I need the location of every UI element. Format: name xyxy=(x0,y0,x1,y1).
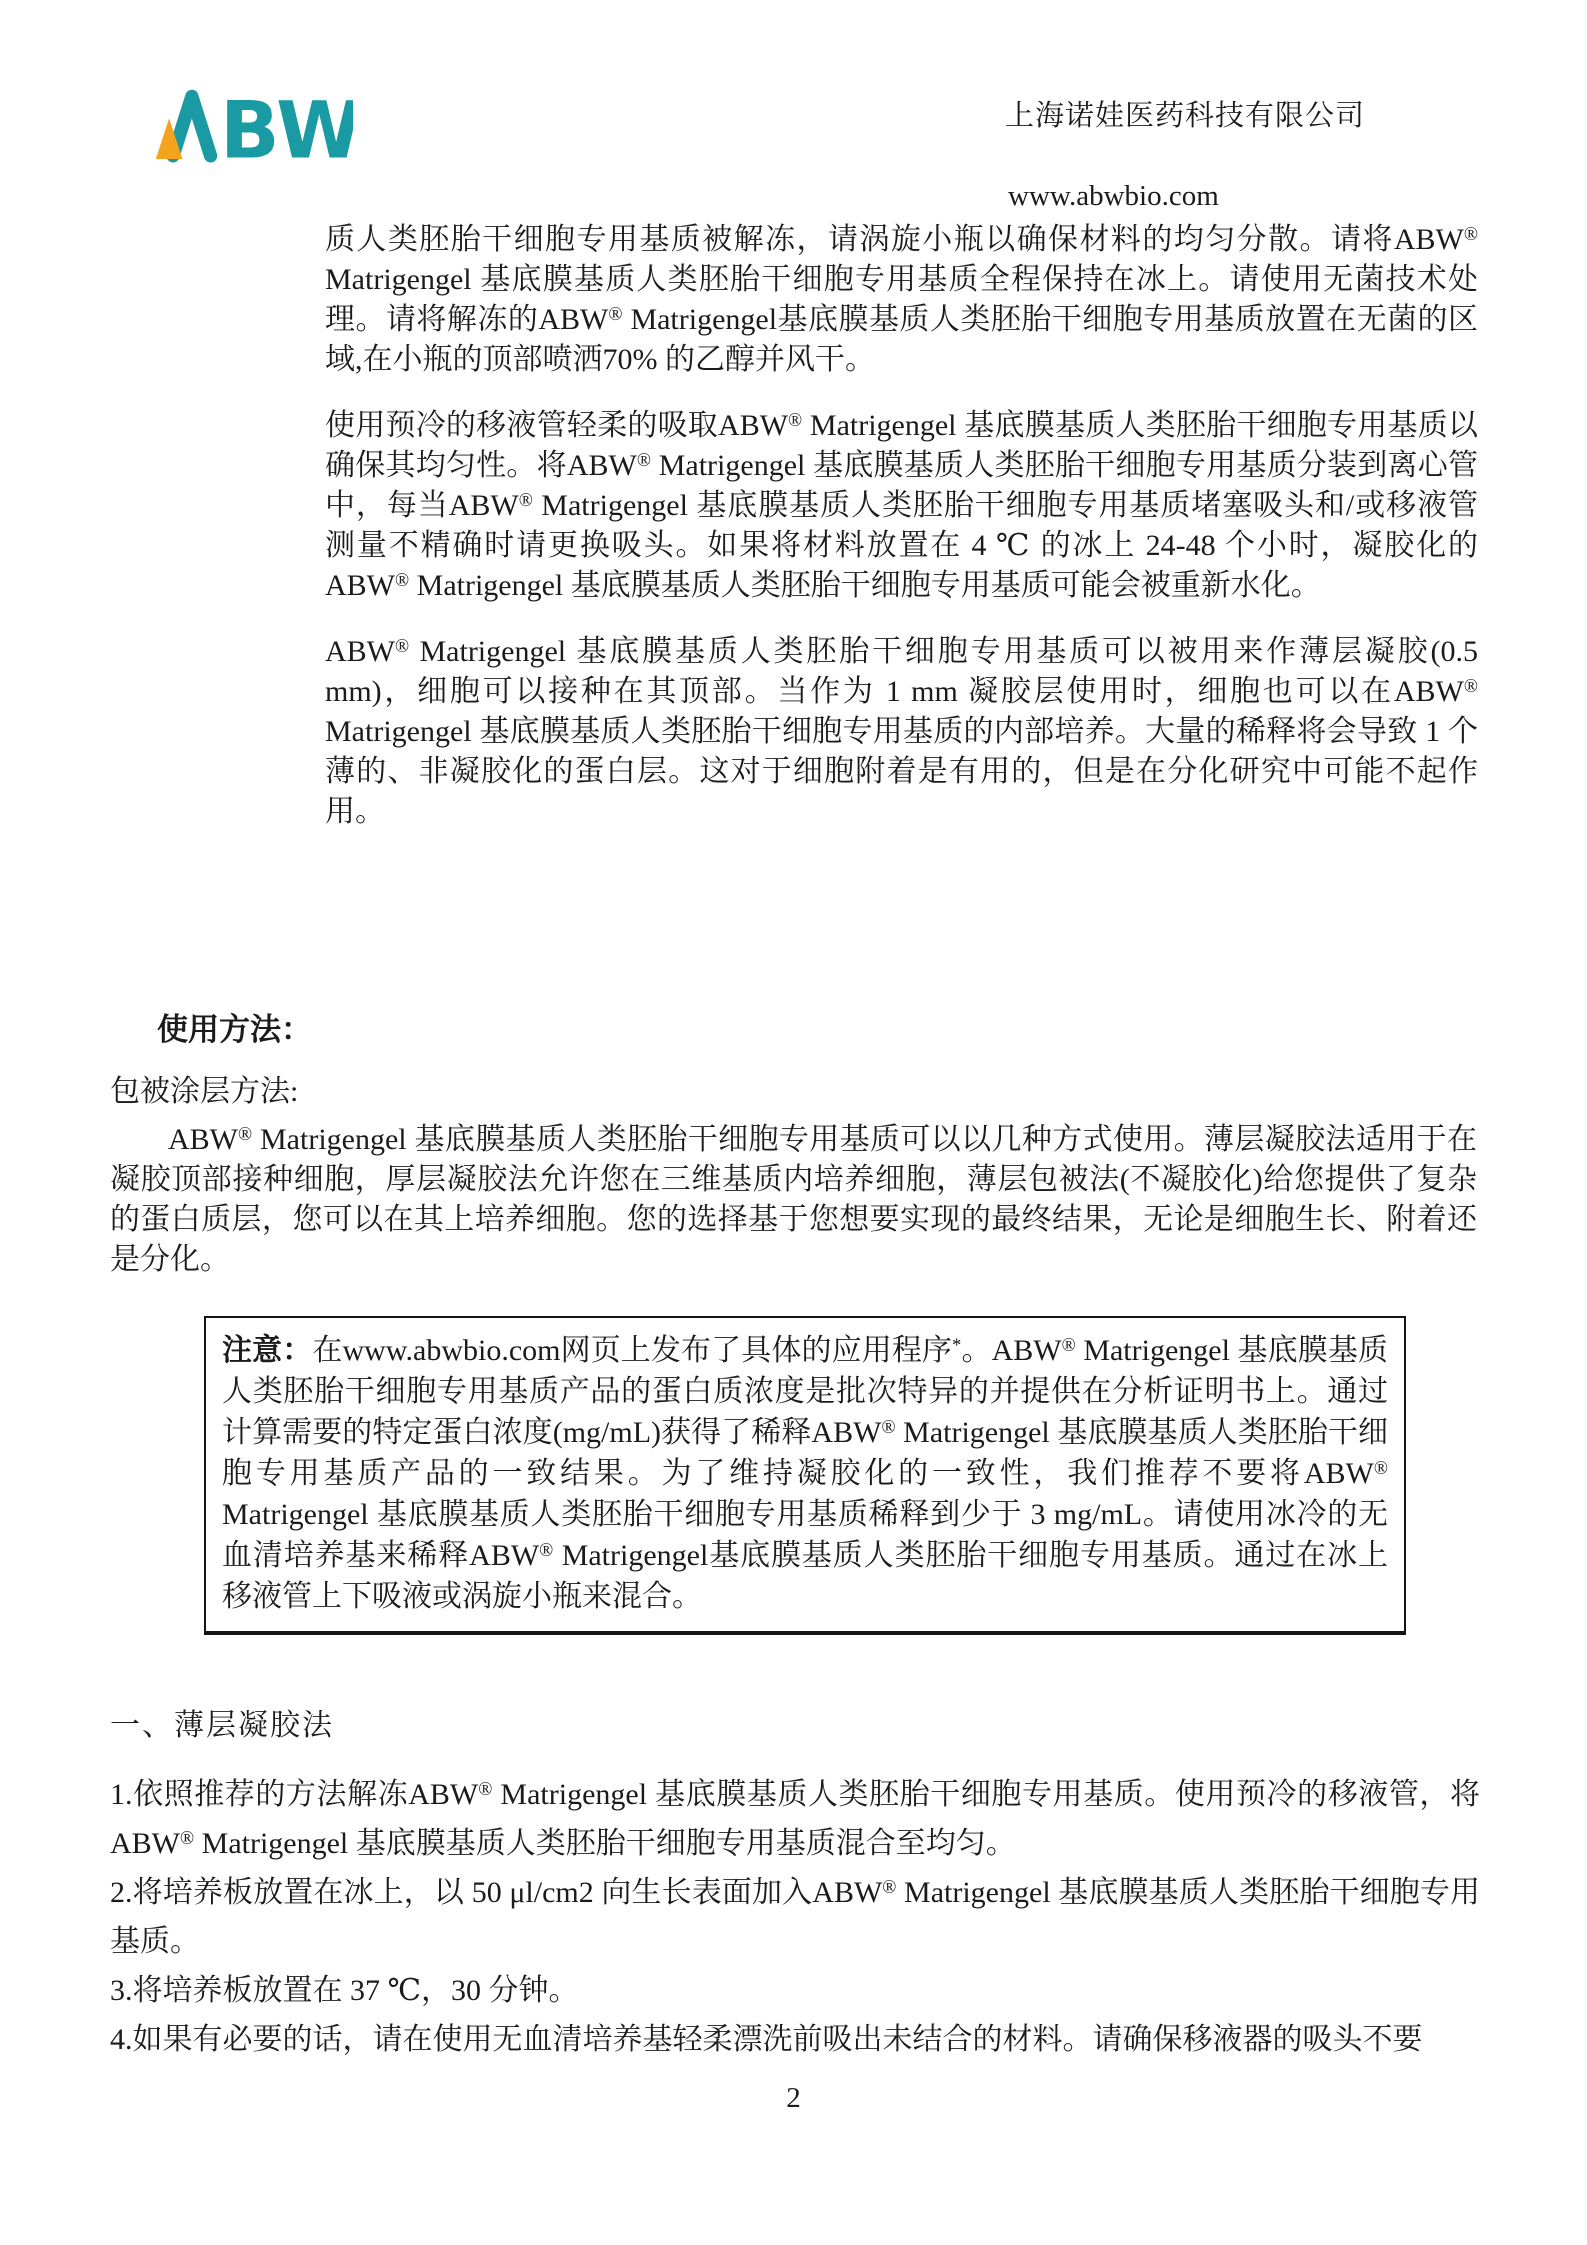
note-label: 注意： xyxy=(222,1334,312,1367)
page-number: 2 xyxy=(0,2082,1587,2115)
intro-paragraph-block: 质人类胚胎干细胞专用基质被解冻，请涡旋小瓶以确保材料的均匀分散。请将ABW® M… xyxy=(325,220,1478,832)
coating-method-subheading: 包被涂层方法: xyxy=(110,1066,298,1110)
abw-logo-icon: BW xyxy=(148,80,353,166)
step-item-2: 2.将培养板放置在冰上，以 50 μl/cm2 向生长表面加入ABW® Matr… xyxy=(110,1868,1480,1966)
website-url: www.abwbio.com xyxy=(1008,180,1219,213)
note-text: 在www.abwbio.com网页上发布了具体的应用程序*。ABW® Matri… xyxy=(222,1334,1388,1613)
document-page: BW 上海诺娃医药科技有限公司 www.abwbio.com 质人类胚胎干细胞专… xyxy=(0,0,1587,2245)
step-item-3: 3.将培养板放置在 37 ℃，30 分钟。 xyxy=(110,1966,1480,2015)
abw-logo: BW xyxy=(148,80,353,166)
usage-method-heading: 使用方法： xyxy=(157,1004,312,1049)
company-name: 上海诺娃医药科技有限公司 xyxy=(1005,93,1365,134)
intro-paragraph-2: 使用预冷的移液管轻柔的吸取ABW® Matrigengel 基底膜基质人类胚胎干… xyxy=(325,406,1478,606)
intro-paragraph-3: ABW® Matrigengel 基底膜基质人类胚胎干细胞专用基质可以被用来作薄… xyxy=(325,632,1478,832)
thin-gel-steps: 1.依照推荐的方法解冻ABW® Matrigengel 基底膜基质人类胚胎干细胞… xyxy=(110,1770,1480,2064)
logo-letters-bw: BW xyxy=(220,85,353,166)
step-item-1: 1.依照推荐的方法解冻ABW® Matrigengel 基底膜基质人类胚胎干细胞… xyxy=(110,1770,1480,1868)
intro-paragraph-1: 质人类胚胎干细胞专用基质被解冻，请涡旋小瓶以确保材料的均匀分散。请将ABW® M… xyxy=(325,220,1478,380)
logo-letter-a-shape xyxy=(173,96,211,155)
note-box: 注意：在www.abwbio.com网页上发布了具体的应用程序*。ABW® Ma… xyxy=(204,1316,1406,1635)
step-item-4: 4.如果有必要的话，请在使用无血清培养基轻柔漂洗前吸出未结合的材料。请确保移液器… xyxy=(110,2015,1480,2064)
thin-gel-section-heading: 一、薄层凝胶法 xyxy=(110,1700,334,1744)
usage-intro-paragraph: ABW® Matrigengel 基底膜基质人类胚胎干细胞专用基质可以以几种方式… xyxy=(110,1120,1477,1280)
